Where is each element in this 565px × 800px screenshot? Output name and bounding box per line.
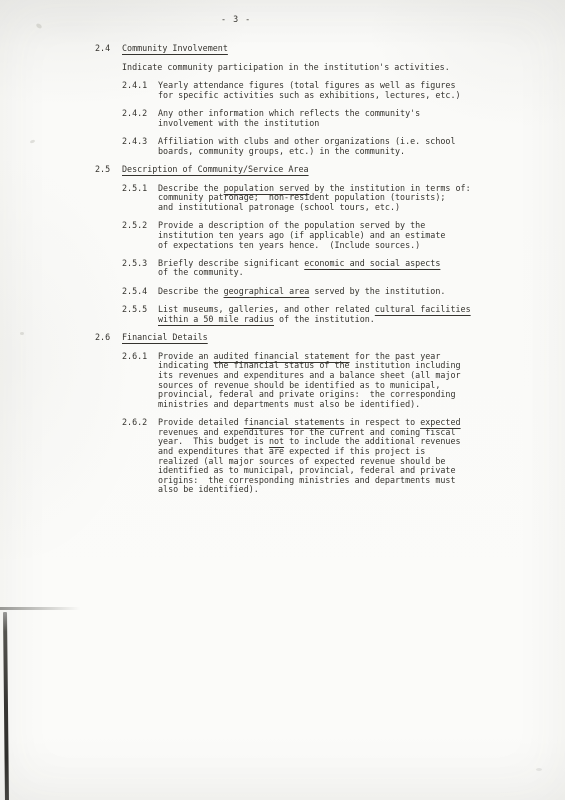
clause-text: Any other information which reflects the… [158,109,507,128]
scanned-document-page: - 3 - 2.4Community InvolvementIndicate c… [0,0,565,800]
text-segment: community patronage; non-resident popula… [158,192,445,202]
text-segment: Provide detailed [158,417,244,427]
text-segment: by the institution in terms of: [309,183,470,193]
text-segment: for the past year [350,351,441,361]
text-segment: of the community. [158,267,244,277]
clause-number: 2.5.1 [122,184,158,213]
clause-text: Yearly attendance figures (total figures… [158,81,507,100]
clause-text: Provide an audited financial statement f… [158,352,507,410]
clause-number: 2.5.4 [122,287,158,297]
clause-text: Describe the population served by the in… [158,184,507,213]
text-segment: Provide an [158,351,213,361]
text-segment: to include the additional revenues [284,436,460,446]
clause: 2.5.3Briefly describe significant econom… [122,259,507,278]
clause-text: Briefly describe significant economic an… [158,259,507,278]
clause-text: Provide a description of the population … [158,221,507,250]
text-segment: indicating the financial status of the i… [158,360,461,370]
underlined-text: within a 50 mile radius [158,314,274,324]
scan-artifact-speck [35,23,42,30]
text-line: and institutional patronage (school tour… [158,203,507,213]
text-segment: Briefly describe significant [158,258,304,268]
clause-number: 2.4.2 [122,109,158,128]
clause-number: 2.6.1 [122,352,158,410]
underlined-text: population served [224,183,310,193]
text-segment: Any other information which reflects the… [158,108,420,118]
text-line: also be identified). [158,485,507,495]
text-segment: also be identified). [158,484,259,494]
section-number: 2.6 [95,333,122,343]
text-segment: realized (all major sources of expected … [158,456,445,466]
text-segment: boards, community groups, etc.) in the c… [158,146,405,156]
underlined-text: geographical area [224,286,310,296]
clause-number: 2.4.3 [122,137,158,156]
scan-artifact-edge-strip [3,612,9,800]
section-number: 2.4 [95,44,122,54]
document-body: 2.4Community InvolvementIndicate communi… [95,44,507,504]
clause-number: 2.5.3 [122,259,158,278]
text-segment: identified as to municipal, provincial, … [158,465,456,475]
text-segment: year. This budget is [158,436,269,446]
text-segment: and expenditures that are expected if th… [158,446,425,456]
text-segment: for specific activities such as exhibiti… [158,90,461,100]
section: 2.5Description of Community/Service Area… [95,165,507,324]
section: 2.6Financial Details2.6.1Provide an audi… [95,333,507,495]
clause: 2.4.2Any other information which reflect… [122,109,507,128]
clause: 2.5.2Provide a description of the popula… [122,221,507,250]
section-intro: Indicate community participation in the … [122,63,507,73]
clause-text: Describe the geographical area served by… [158,287,507,297]
scan-artifact-speck [30,139,36,144]
section-title: Financial Details [122,333,208,343]
underlined-text: financial statements [244,417,345,427]
clause-text: Provide detailed financial statements in… [158,418,507,495]
clause-number: 2.6.2 [122,418,158,495]
text-segment: List museums, galleries, and other relat… [158,304,375,314]
clause-text: Affiliation with clubs and other organiz… [158,137,507,156]
section-heading: 2.5Description of Community/Service Area [95,165,507,175]
section-heading: 2.4Community Involvement [95,44,507,54]
text-segment: provincial, federal and private origins:… [158,389,456,399]
text-segment: in respect to [345,417,421,427]
text-line: of the community. [158,268,507,278]
clause: 2.6.1Provide an audited financial statem… [122,352,507,410]
text-segment: involvement with the institution [158,118,319,128]
clause: 2.4.1Yearly attendance figures (total fi… [122,81,507,100]
text-segment: of expectations ten years hence. (Includ… [158,240,420,250]
section-number: 2.5 [95,165,122,175]
clause: 2.5.5List museums, galleries, and other … [122,305,507,324]
text-segment: ministries and departments must also be … [158,399,420,409]
clause: 2.5.1Describe the population served by t… [122,184,507,213]
underlined-text: expected [420,417,460,427]
text-segment: Affiliation with clubs and other organiz… [158,136,456,146]
section-heading: 2.6Financial Details [95,333,507,343]
section-title: Community Involvement [122,44,228,54]
text-segment: of the institution. [274,314,375,324]
section: 2.4Community InvolvementIndicate communi… [95,44,507,156]
text-segment: its revenues and expenditures and a bala… [158,370,461,380]
text-segment: institution ten years ago (if applicable… [158,230,445,240]
text-line: involvement with the institution [158,119,507,129]
text-line: of expectations ten years hence. (Includ… [158,241,507,251]
clause-number: 2.4.1 [122,81,158,100]
page-number: - 3 - [221,15,251,25]
underlined-text: audited financial statement [213,351,349,361]
text-line: Describe the geographical area served by… [158,287,507,297]
section-title: Description of Community/Service Area [122,165,309,175]
scan-artifact-speck [20,332,24,335]
underlined-text: cultural facilities [375,304,471,314]
text-segment: Provide a description of the population … [158,220,425,230]
text-segment: Describe the [158,286,224,296]
clause-number: 2.5.2 [122,221,158,250]
clause-number: 2.5.5 [122,305,158,324]
text-segment: revenues and expenditures for the curren… [158,427,456,437]
text-segment: Yearly attendance figures (total figures… [158,80,456,90]
scan-artifact-fold-line [0,607,80,610]
underlined-text: not [269,436,284,446]
clause-text: List museums, galleries, and other relat… [158,305,507,324]
text-line: for specific activities such as exhibiti… [158,91,507,101]
clause: 2.6.2Provide detailed financial statemen… [122,418,507,495]
clause: 2.5.4Describe the geographical area serv… [122,287,507,297]
text-segment: served by the institution. [309,286,445,296]
scan-artifact-speck [536,768,542,771]
text-segment: Describe the [158,183,224,193]
text-segment: sources of revenue should be identified … [158,380,440,390]
text-line: within a 50 mile radius of the instituti… [158,315,507,325]
text-line: boards, community groups, etc.) in the c… [158,147,507,157]
text-segment: and institutional patronage (school tour… [158,202,400,212]
text-segment: origins: the corresponding ministries an… [158,475,456,485]
text-line: ministries and departments must also be … [158,400,507,410]
clause: 2.4.3Affiliation with clubs and other or… [122,137,507,156]
underlined-text: economic and social aspects [304,258,440,268]
